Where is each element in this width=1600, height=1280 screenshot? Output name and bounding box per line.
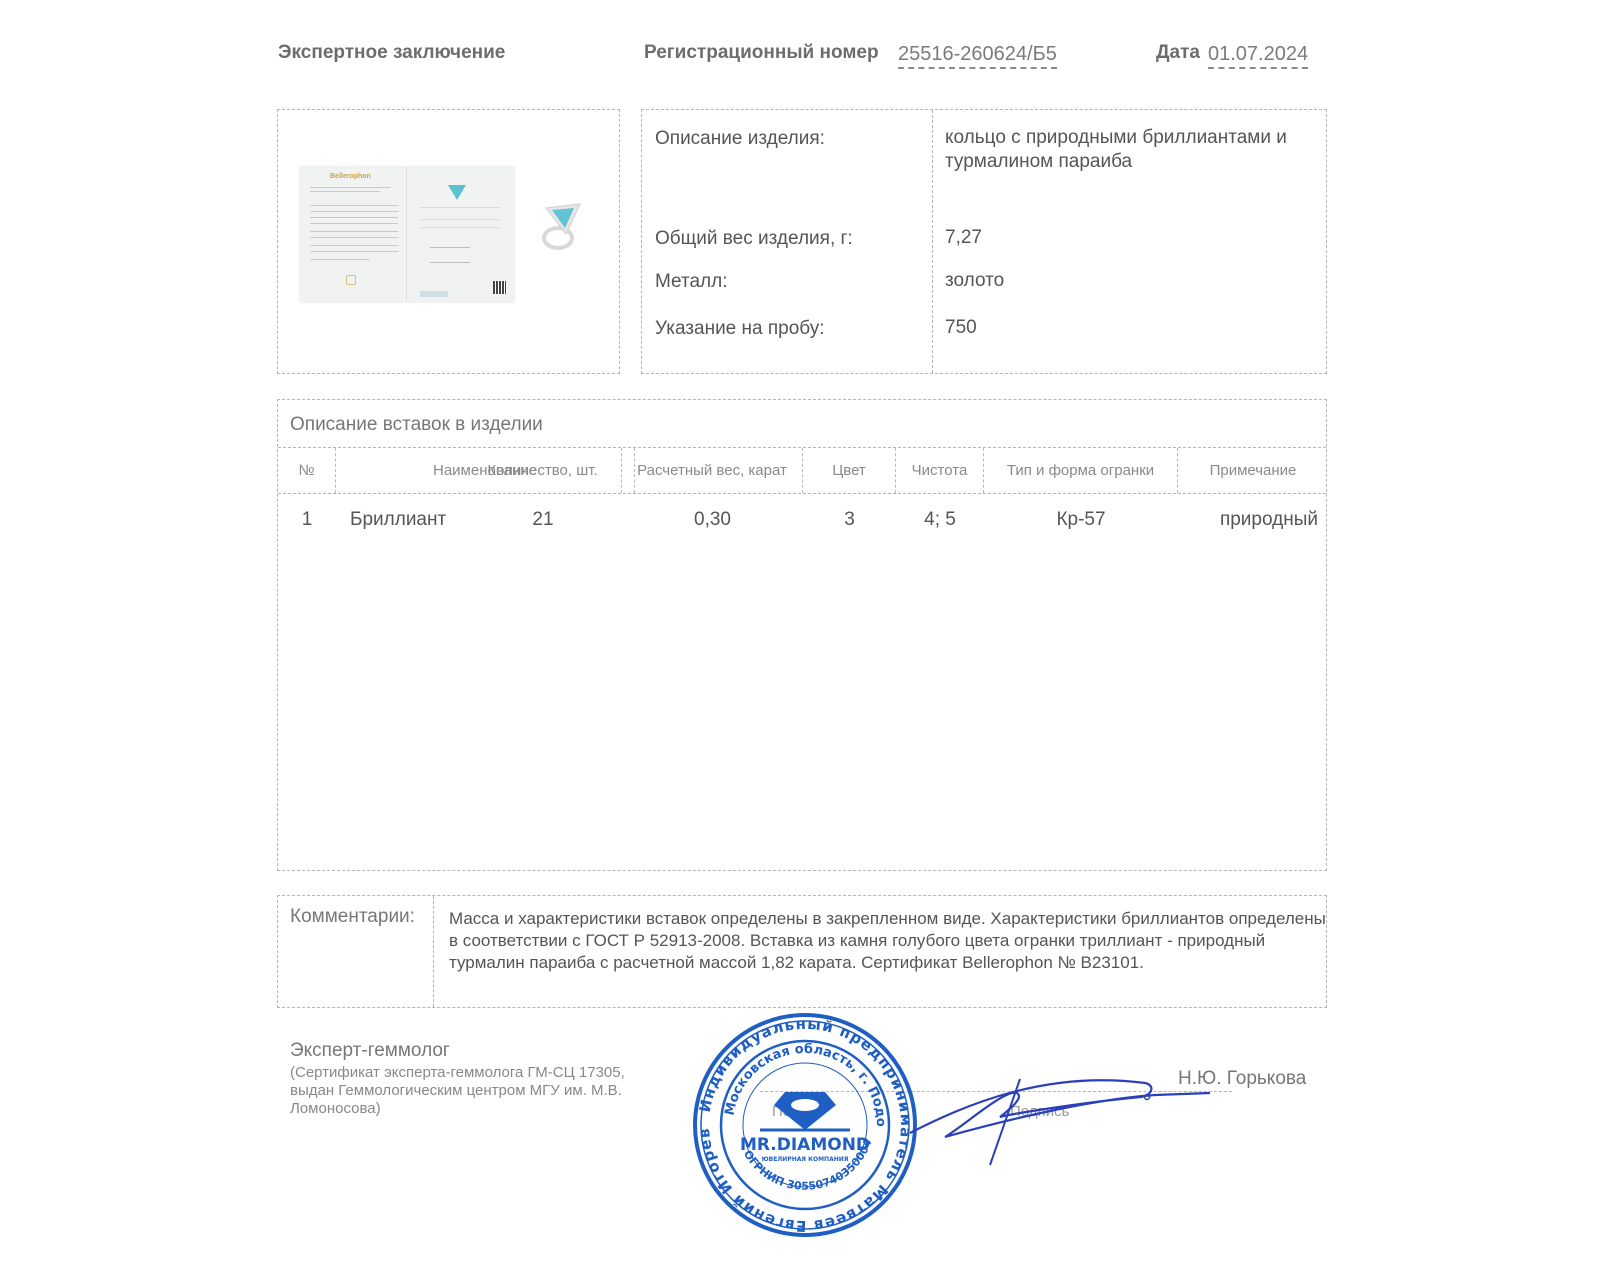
registration-number-label: Регистрационный номер	[644, 42, 879, 64]
cell-cut: Кр-57	[984, 509, 1178, 531]
product-description-box: Описание изделия: кольцо с природными бр…	[641, 109, 1327, 374]
certificate-image: Bellerophon	[300, 167, 514, 302]
inserts-table-box: Описание вставок в изделии № Наименовани…	[277, 399, 1327, 871]
column-header-note: Примечание	[1178, 448, 1328, 493]
document-title: Экспертное заключение	[278, 42, 505, 64]
comments-box: Комментарии: Масса и характеристики вста…	[277, 895, 1327, 1008]
column-header-color: Цвет	[803, 448, 896, 493]
column-divider	[932, 110, 933, 373]
column-header-cut: Тип и форма огранки	[984, 448, 1178, 493]
signature-icon	[905, 1075, 1245, 1175]
metal-label: Металл:	[655, 271, 727, 293]
expert-certificate: (Сертификат эксперта-геммолога ГМ-СЦ 173…	[290, 1064, 670, 1118]
cell-quantity: 21	[464, 509, 622, 531]
registration-number-value: 25516-260624/Б5	[898, 42, 1057, 69]
trillion-gem-icon	[448, 185, 466, 200]
inserts-table-header: № Наименование Количество, шт. Расчетный…	[278, 447, 1326, 494]
column-header-clarity: Чистота	[896, 448, 984, 493]
comments-text: Масса и характеристики вставок определен…	[449, 908, 1329, 974]
description-value: кольцо с природными бриллиантами и турма…	[945, 126, 1320, 174]
column-header-number: №	[278, 448, 336, 493]
cell-name: Бриллиант	[350, 509, 446, 531]
hallmark-value: 750	[945, 316, 1320, 340]
certificate-brand: Bellerophon	[330, 173, 371, 180]
expert-title: Эксперт-геммолог	[290, 1040, 450, 1062]
qr-code-icon	[493, 281, 506, 294]
cell-number: 1	[278, 509, 336, 531]
date-value: 01.07.2024	[1208, 42, 1308, 69]
date-label: Дата	[1156, 42, 1200, 64]
total-weight-value: 7,27	[945, 226, 1320, 250]
product-photo-box: Bellerophon	[277, 109, 620, 374]
column-header-weight: Расчетный вес, карат	[622, 448, 803, 493]
metal-value: золото	[945, 269, 1320, 293]
comments-label: Комментарии:	[290, 906, 415, 928]
cell-weight: 0,30	[622, 509, 803, 531]
ring-icon	[540, 198, 582, 253]
cell-color: 3	[803, 509, 896, 531]
stamp-brand-sub: ЮВЕЛИРНАЯ КОМПАНИЯ	[762, 1156, 849, 1163]
certificate-seal-icon	[346, 275, 356, 285]
hallmark-label: Указание на пробу:	[655, 318, 825, 340]
cell-note: природный	[1178, 509, 1328, 531]
cell-clarity: 4; 5	[896, 509, 984, 531]
inserts-title: Описание вставок в изделии	[290, 414, 543, 436]
column-header-quantity: Количество, шт.	[464, 448, 622, 493]
company-stamp-icon: Индивидуальный предприниматель Матвеев Е…	[690, 1010, 920, 1240]
stamp-brand: MR.DIAMOND	[740, 1135, 870, 1155]
column-divider	[433, 896, 434, 1007]
description-label: Описание изделия:	[655, 128, 825, 150]
total-weight-label: Общий вес изделия, г:	[655, 228, 853, 250]
